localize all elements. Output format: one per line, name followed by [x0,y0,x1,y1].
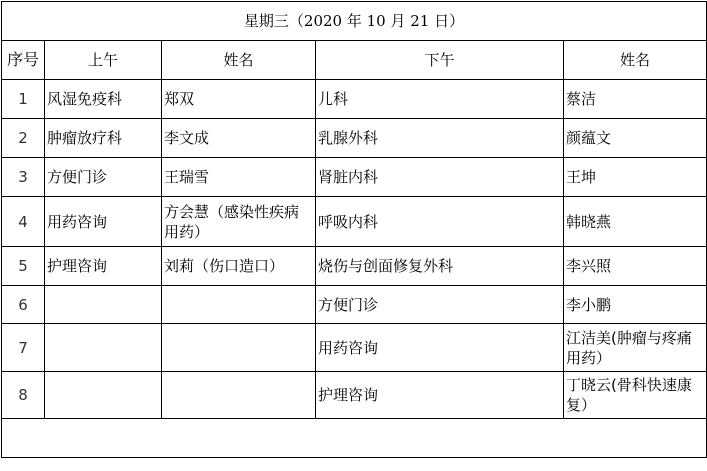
header-afternoon-name: 姓名 [564,41,707,80]
table-row: 5 护理咨询 刘莉（伤口造口） 烧伤与创面修复外科 李兴照 [2,247,707,286]
morning-name: 郑双 [162,80,316,119]
afternoon-name: 韩晓燕 [564,197,707,247]
morning-dept: 风湿免疫科 [45,80,162,119]
title-row: 星期三（2020 年 10 月 21 日） [2,2,707,41]
table-row: 1 风湿免疫科 郑双 儿科 蔡洁 [2,80,707,119]
footer-row [2,419,707,458]
afternoon-name: 李小鹏 [564,286,707,324]
schedule-title: 星期三（2020 年 10 月 21 日） [2,2,707,41]
morning-name [162,286,316,324]
schedule-table: 星期三（2020 年 10 月 21 日） 序号 上午 姓名 下午 姓名 1 风… [1,1,707,458]
header-morning: 上午 [45,41,162,80]
morning-dept: 方便门诊 [45,158,162,197]
row-seq: 2 [2,119,45,158]
row-seq: 1 [2,80,45,119]
afternoon-name: 江洁美(肿瘤与疼痛用药） [564,324,707,372]
header-seq: 序号 [2,41,45,80]
afternoon-name: 李兴照 [564,247,707,286]
afternoon-dept: 烧伤与创面修复外科 [316,247,564,286]
afternoon-dept: 肾脏内科 [316,158,564,197]
afternoon-dept: 护理咨询 [316,372,564,419]
afternoon-name: 蔡洁 [564,80,707,119]
header-afternoon: 下午 [316,41,564,80]
morning-dept [45,324,162,372]
row-seq: 6 [2,286,45,324]
morning-name [162,372,316,419]
morning-name: 王瑞雪 [162,158,316,197]
row-seq: 8 [2,372,45,419]
morning-name: 刘莉（伤口造口） [162,247,316,286]
afternoon-dept: 方便门诊 [316,286,564,324]
afternoon-dept: 乳腺外科 [316,119,564,158]
table-row: 7 用药咨询 江洁美(肿瘤与疼痛用药） [2,324,707,372]
morning-name: 方会慧（感染性疾病用药） [162,197,316,247]
morning-dept [45,372,162,419]
row-seq: 7 [2,324,45,372]
afternoon-name: 王坤 [564,158,707,197]
morning-name: 李文成 [162,119,316,158]
morning-dept: 用药咨询 [45,197,162,247]
morning-dept: 肿瘤放疗科 [45,119,162,158]
morning-dept: 护理咨询 [45,247,162,286]
row-seq: 5 [2,247,45,286]
table-row: 3 方便门诊 王瑞雪 肾脏内科 王坤 [2,158,707,197]
header-row: 序号 上午 姓名 下午 姓名 [2,41,707,80]
afternoon-name: 颜蕴文 [564,119,707,158]
table-row: 6 方便门诊 李小鹏 [2,286,707,324]
morning-name [162,324,316,372]
table-row: 2 肿瘤放疗科 李文成 乳腺外科 颜蕴文 [2,119,707,158]
row-seq: 4 [2,197,45,247]
row-seq: 3 [2,158,45,197]
afternoon-dept: 儿科 [316,80,564,119]
table-row: 8 护理咨询 丁晓云(骨科快速康复） [2,372,707,419]
afternoon-dept: 呼吸内科 [316,197,564,247]
afternoon-name: 丁晓云(骨科快速康复） [564,372,707,419]
footer-cell [2,419,707,458]
afternoon-dept: 用药咨询 [316,324,564,372]
header-morning-name: 姓名 [162,41,316,80]
morning-dept [45,286,162,324]
table-row: 4 用药咨询 方会慧（感染性疾病用药） 呼吸内科 韩晓燕 [2,197,707,247]
